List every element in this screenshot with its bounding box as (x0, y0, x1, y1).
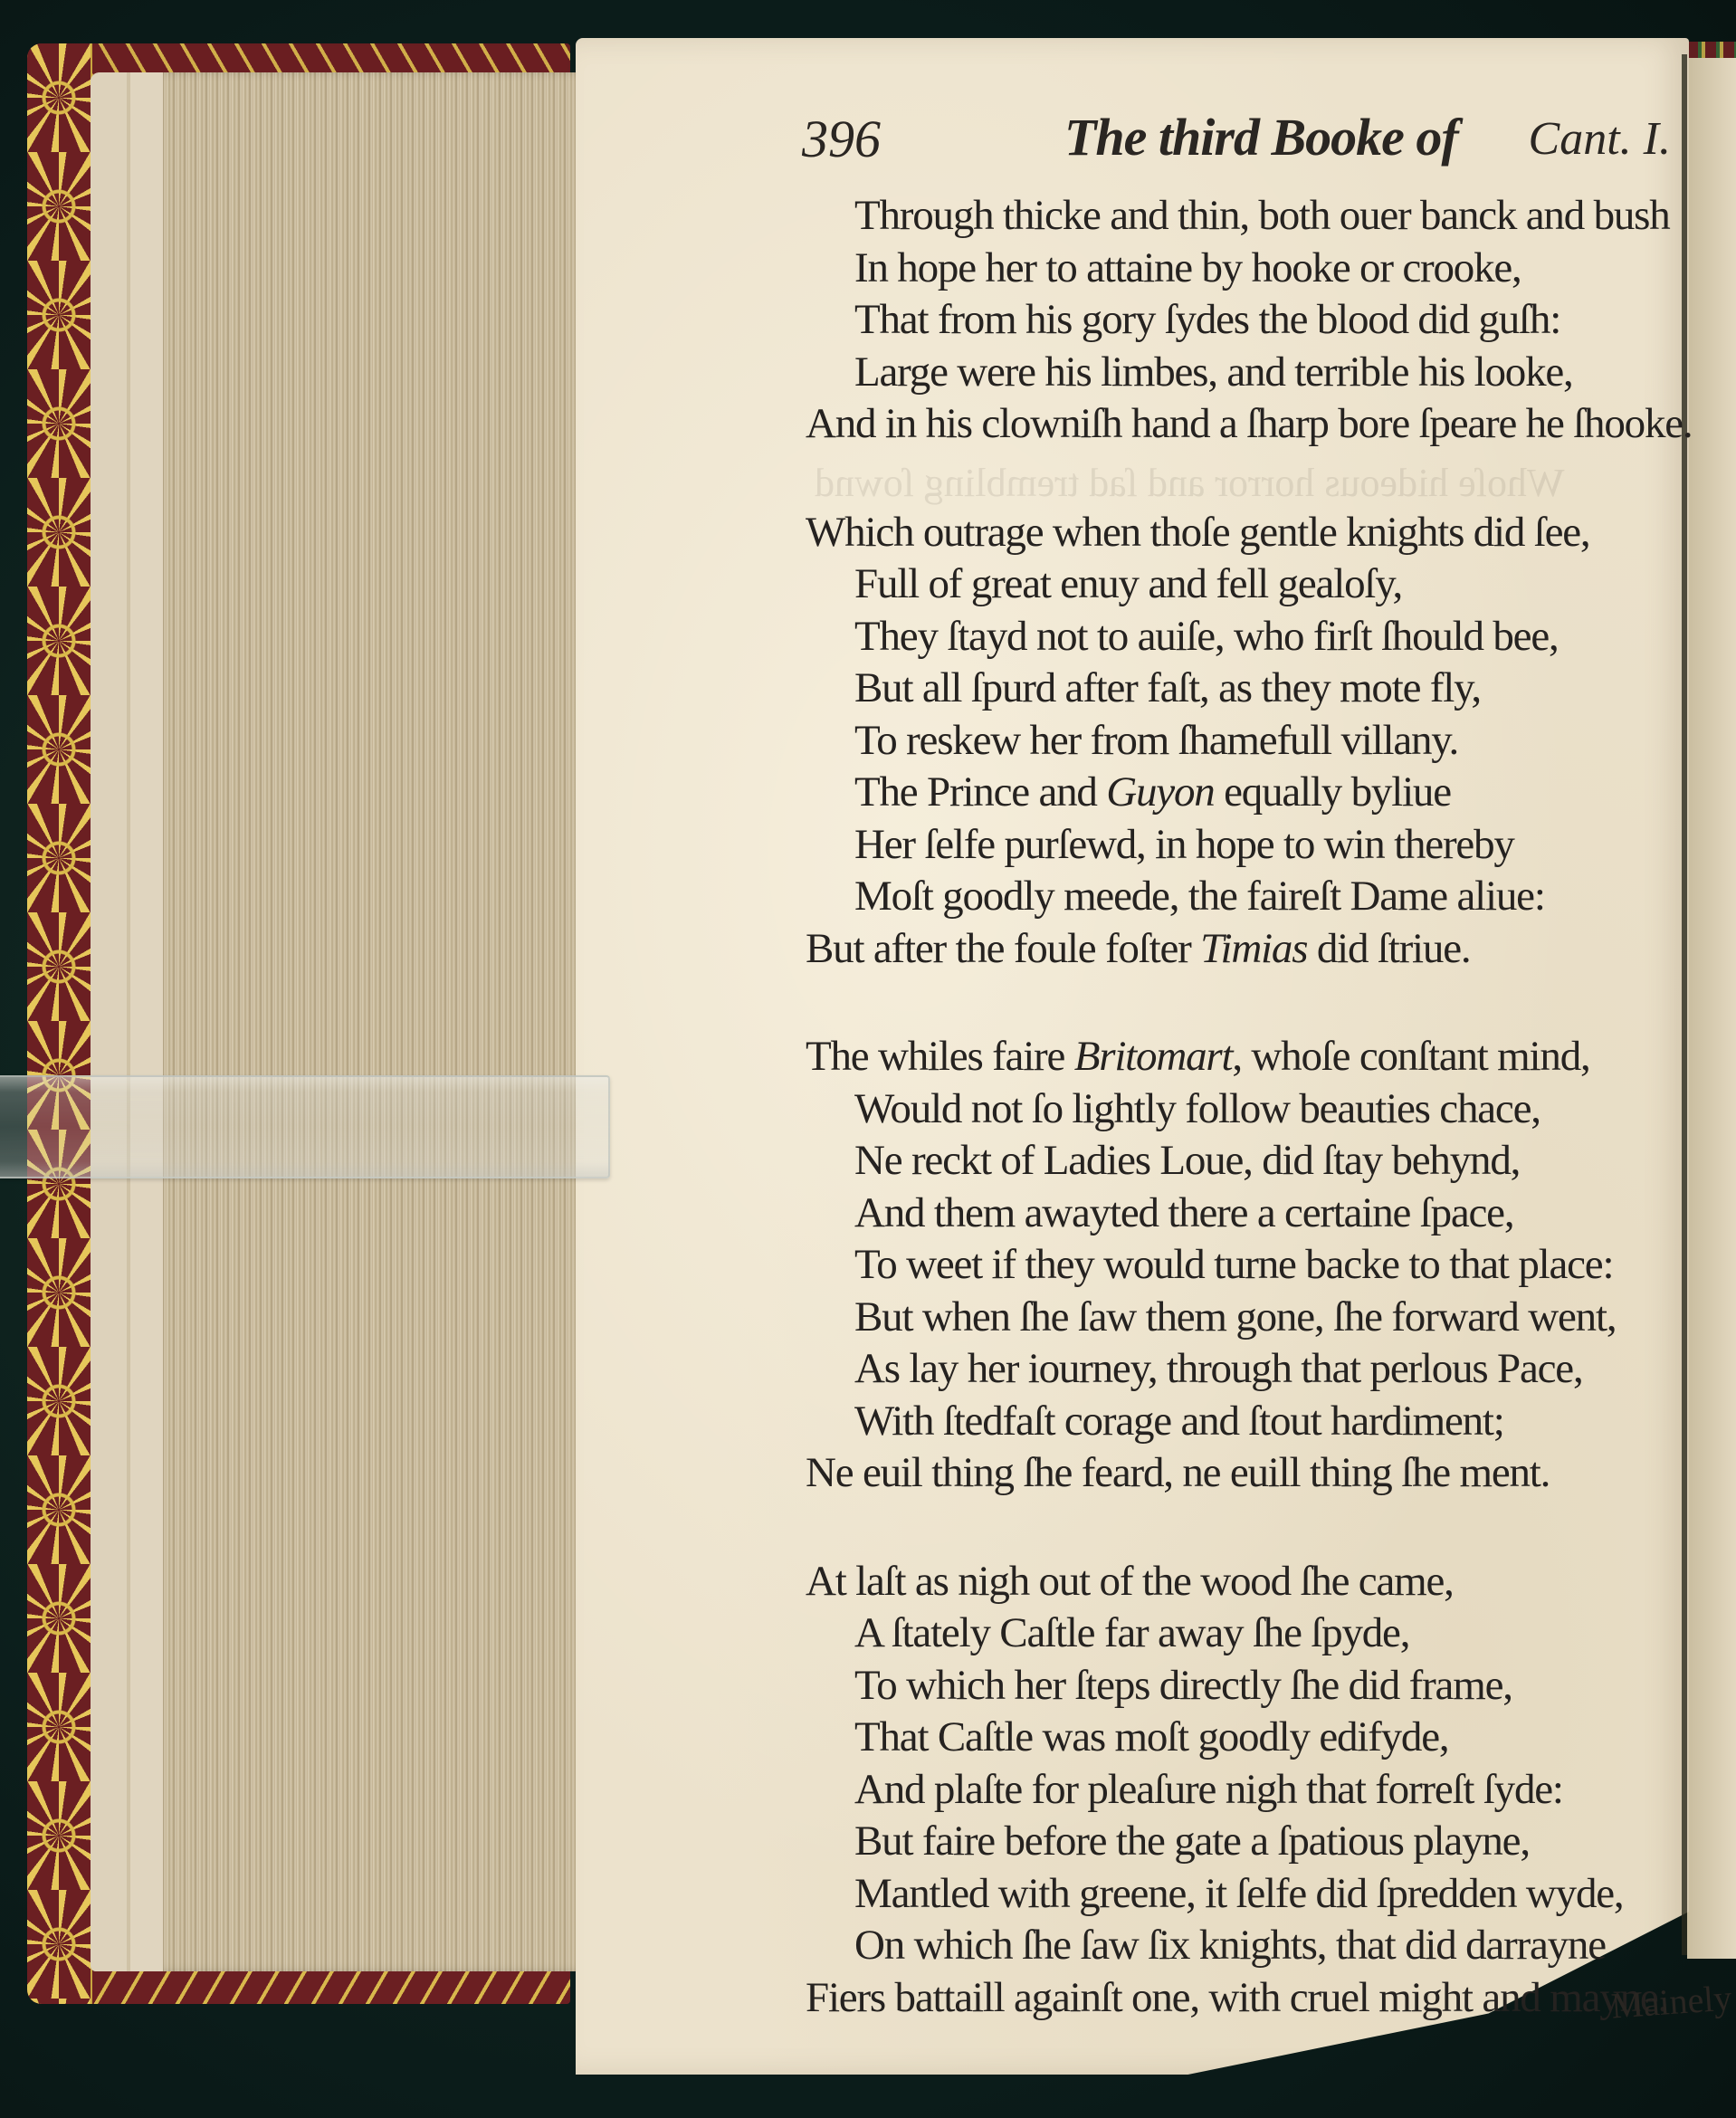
verse-line: And plaſte for pleaſure nigh that forreſ… (802, 1764, 1680, 1817)
stanza: At laſt as nigh out of the wood ſhe came… (802, 1556, 1680, 2025)
verse-line: At laſt as nigh out of the wood ſhe came… (802, 1556, 1680, 1608)
verse-line: The Prince and Guyon equally byliue (802, 767, 1680, 819)
verse-text: But after the foule foſter (806, 925, 1200, 972)
verse-line: As lay her iourney, through that perlous… (802, 1343, 1680, 1396)
running-title: The third Booke of (1064, 107, 1458, 167)
running-head: 396 The third Booke of Cant. I. (802, 107, 1671, 188)
endpaper-leaves (91, 72, 163, 1971)
verse-line: Moſt goodly meede, the faireſt Dame aliu… (802, 871, 1680, 923)
stanza: Through thicke and thin, both ouer banck… (802, 190, 1680, 451)
verse-line: On which ſhe ſaw ſix knights, that did d… (802, 1920, 1680, 1972)
verse-line: Large were his limbes, and terrible his … (802, 347, 1680, 399)
verse-line: The whiles faire Britomart, whoſe conſta… (802, 1031, 1680, 1083)
verse-line: Ne reckt of Ladies Loue, did ſtay behynd… (802, 1135, 1680, 1188)
italic-name-guyon: Guyon (1106, 768, 1214, 816)
verse-line: That Caſtle was moſt goodly edifyde, (802, 1712, 1680, 1764)
verse-line: Which outrage when thoſe gentle knights … (802, 507, 1680, 559)
verse-line: Her ſelfe purſewd, in hope to win thereb… (802, 819, 1680, 872)
catchword: Mainely (1610, 1976, 1733, 2027)
verse-line: But faire before the gate a ſpatious pla… (802, 1816, 1680, 1868)
verse-line-alexandrine: But after the foule foſter Timias did ſt… (802, 923, 1680, 976)
verse-text: did ſtriue. (1307, 925, 1470, 972)
fore-edge-page-stack (91, 72, 579, 1971)
verse-line-alexandrine: And in his clowniſh hand a ſharp bore ſp… (802, 398, 1680, 451)
poem-text: Through thicke and thin, both ouer banck… (802, 190, 1680, 2080)
verse-line: They ſtayd not to auiſe, who firſt ſhoul… (802, 611, 1680, 663)
verse-text: The whiles faire (806, 1033, 1074, 1080)
verse-line: A ſtately Caſtle far away ſhe ſpyde, (802, 1608, 1680, 1660)
verse-line: To weet if they would turne backe to tha… (802, 1239, 1680, 1292)
verse-line: That from his gory ſydes the blood did g… (802, 294, 1680, 347)
verse-line: Mantled with greene, it ſelfe did ſpredd… (802, 1868, 1680, 1921)
verse-line: Full of great enuy and fell gealoſy, (802, 558, 1680, 611)
verse-line: With ſtedfaſt corage and ſtout hardiment… (802, 1396, 1680, 1448)
verse-line: To reskew her from ſhamefull villany. (802, 715, 1680, 768)
italic-name-britomart: Britomart (1074, 1033, 1233, 1080)
verse-text: equally byliue (1215, 768, 1451, 816)
verse-line: In hope her to attaine by hooke or crook… (802, 243, 1680, 295)
verse-line: Through thicke and thin, both ouer banck… (802, 190, 1680, 243)
verse-line: To which her ſteps directly ſhe did fram… (802, 1660, 1680, 1713)
gilt-tooled-border-bottom (27, 1971, 570, 2004)
canto-label: Cant. I. (1529, 112, 1671, 166)
stanza: Which outrage when thoſe gentle knights … (802, 507, 1680, 976)
verse-line-alexandrine: Ne euil thing ſhe feard, ne euill thing … (802, 1447, 1680, 1500)
stanza: The whiles faire Britomart, whoſe conſta… (802, 1031, 1680, 1500)
verse-text: The Prince and (854, 768, 1106, 816)
page-number: 396 (802, 109, 881, 169)
verse-line: And them awayted there a certaine ſpace, (802, 1188, 1680, 1240)
verse-line: But when ſhe ſaw them gone, ſhe forward … (802, 1292, 1680, 1344)
verse-line-alexandrine: Fiers battaill againſt one, with cruel m… (802, 1972, 1680, 2025)
verse-line: But all ſpurd after faſt, as they mote f… (802, 663, 1680, 715)
gilt-tooled-border-left (27, 43, 92, 2004)
verse-text: , whoſe conſtant mind, (1232, 1033, 1589, 1080)
verse-line: Would not ſo lightly follow beauties cha… (802, 1083, 1680, 1136)
clear-plastic-page-clip (0, 1075, 610, 1178)
italic-name-timias: Timias (1200, 925, 1307, 972)
gutter-shadow (1682, 54, 1687, 1955)
facing-page-edge (1687, 58, 1736, 1959)
